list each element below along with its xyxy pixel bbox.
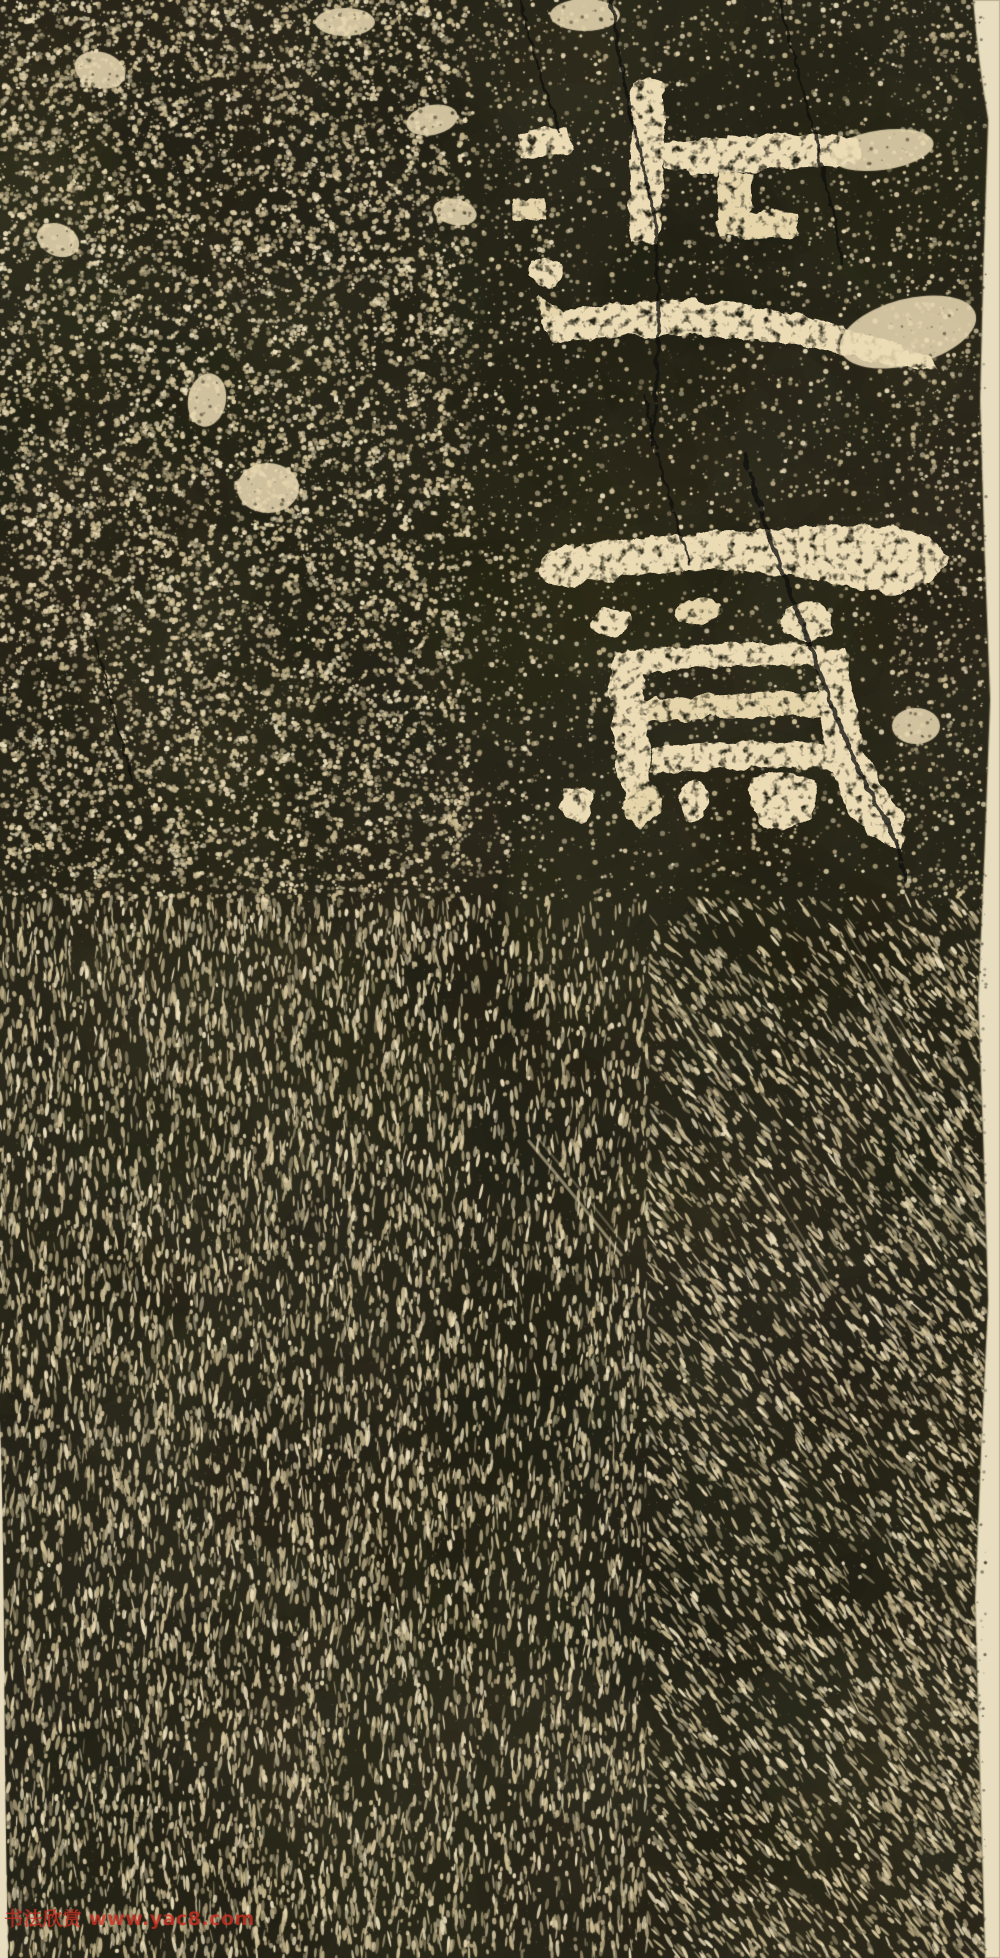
rubbing-scan: 近 爲 bbox=[0, 0, 1000, 1958]
rubbing-texture-canvas bbox=[0, 0, 1000, 1958]
